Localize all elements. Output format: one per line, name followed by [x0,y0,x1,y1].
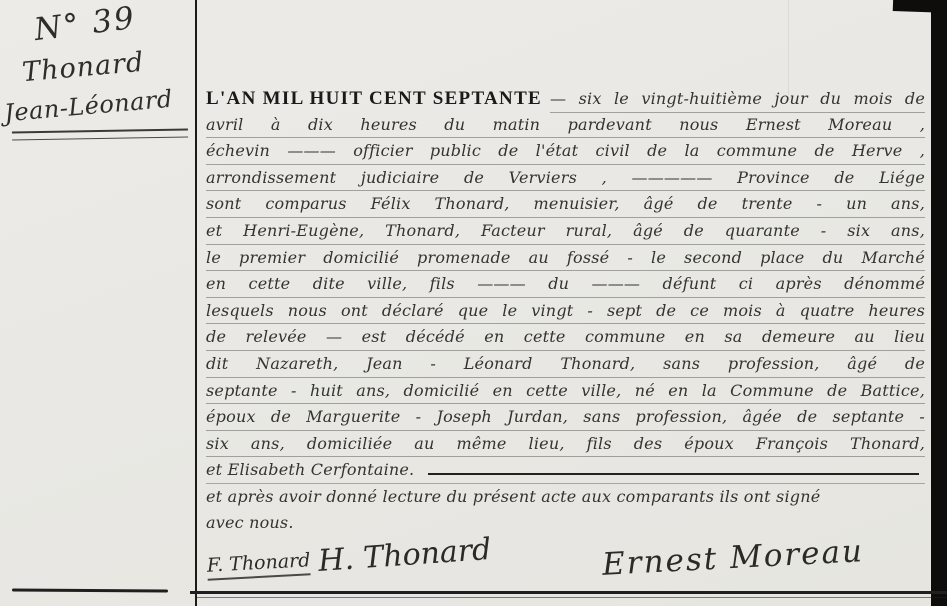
act-text-column: L'AN MIL HUIT CENT SEPTANTE — six le vin… [206,86,925,535]
next-record-divider-thin [196,597,947,598]
handwritten-line-8: en cette dite ville, fils ——— du ——— déf… [206,271,925,298]
blank-filler-line [428,473,919,475]
handwritten-line-10: de relevée — est décédé en cette commune… [206,324,925,351]
column-separator-line [195,0,197,606]
scan-edge-bar [931,0,947,606]
handwritten-line-9: lesquels nous ont déclaré que le vingt -… [206,298,925,325]
handwritten-line-11: dit Nazareth, Jean - Léonard Thonard, sa… [206,351,925,378]
margin-given-names: Jean-Léonard [3,85,174,128]
register-page: N° 39 Thonard Jean-Léonard L'AN MIL HUIT… [0,0,947,606]
closing-avec-nous: avec nous. [206,510,925,536]
handwritten-line-12: septante - huit ans, domicilié en cette … [206,378,925,405]
signature-officer-moreau: Ernest Moreau [601,533,865,583]
scan-corner-artifact [893,0,947,13]
handwritten-line-14: six ans, domiciliée au même lieu, fils d… [206,431,925,458]
handwritten-line-4: arrondissement judiciaire de Verviers , … [206,165,925,192]
margin-double-rule [12,128,188,140]
page-fold-seam [788,0,789,95]
handwritten-line-5: sont comparus Félix Thonard, menuisier, … [206,191,925,218]
margin-column: N° 39 Thonard Jean-Léonard [0,0,196,606]
signature-declarant-henri: H. Thonard [317,532,492,579]
handwritten-line-13: époux de Marguerite - Joseph Jurdan, san… [206,404,925,431]
handwritten-line-15: et Elisabeth Cerfontaine. [206,457,925,484]
handwritten-line-2: avril à dix heures du matin pardevant no… [206,112,925,139]
handwritten-line-3: échevin ——— officier public de l'état ci… [206,138,925,165]
next-record-divider-main [190,591,947,594]
printed-year-text: L'AN MIL HUIT CENT SEPTANTE [206,86,542,112]
parents-names-text: et Elisabeth Cerfontaine. [206,457,414,483]
handwritten-line-6: et Henri-Eugène, Thonard, Facteur rural,… [206,218,925,245]
signature-declarant-felix: F. Thonard [206,549,311,580]
handwritten-line-1: — six le vingt-huitième jour du mois de [550,86,925,113]
margin-surname: Thonard [21,47,146,89]
closing-formula-line: et après avoir donné lecture du présent … [206,484,925,510]
act-opening-line: L'AN MIL HUIT CENT SEPTANTE — six le vin… [206,86,925,112]
margin-act-number: N° 39 [32,0,138,48]
handwritten-line-7: le premier domicilié promenade au fossé … [206,245,925,272]
next-record-divider-margin [12,588,168,592]
